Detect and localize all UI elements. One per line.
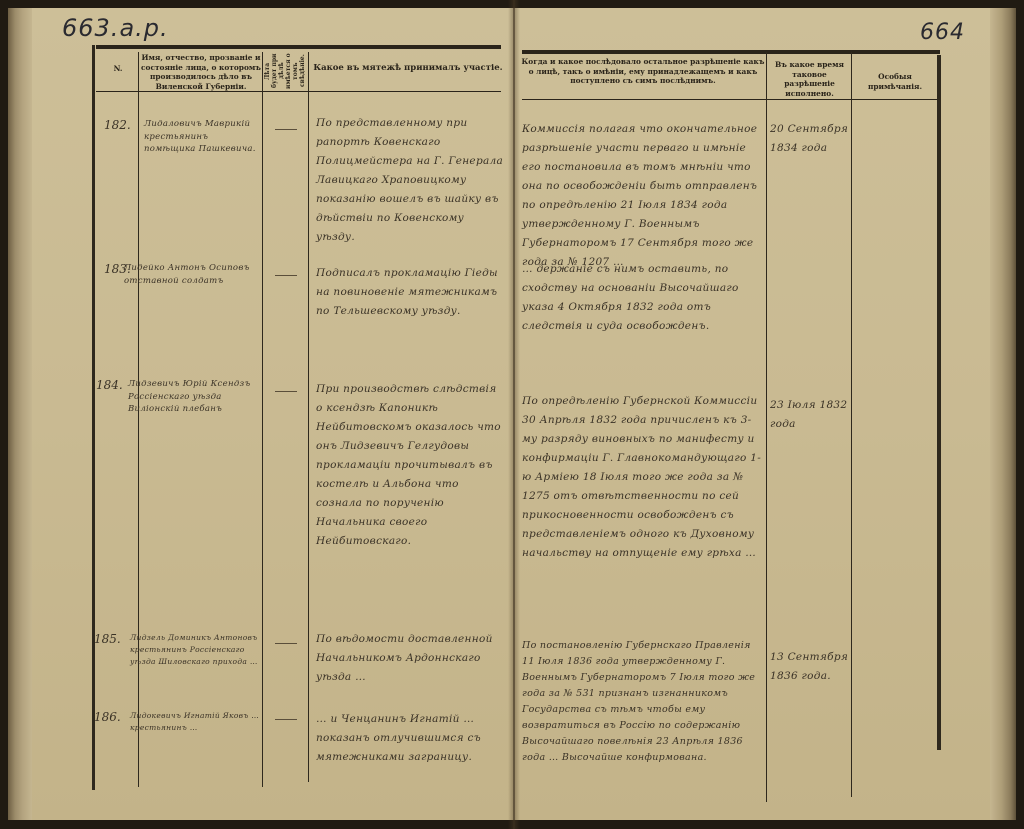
header-name: Имя, отчество, прозваніе и состояніе лиц… [140,53,262,91]
row-executed: 20 Сентября 1834 года [770,120,850,158]
header-participation: Какое въ мятежѣ принималъ участіе. [312,64,504,74]
header-bottom-rule-right [522,99,940,100]
col-rule-number [138,52,139,787]
row-resolution: По постановленію Губернскаго Правленія 1… [522,638,764,766]
row-number: 186. [94,710,121,724]
header-top-rule-right [522,50,940,54]
col-rule-executed [851,52,852,797]
header-notes: Особыя примѣчанія. [853,72,937,91]
row-participation: По представленному при рапортѣ Ковенскаг… [316,114,504,247]
row-resolution: По опредѣленію Губернской Коммиссіи 30 А… [522,392,764,563]
row-name: Лидокевичъ Игнатій Яковъ … крестьянинъ … [130,710,262,734]
col-rule-name [262,52,263,787]
col-rule-age [308,52,309,782]
book-spread: 663.a.p. 664 N. Имя, отчество, прозваніе… [0,0,1024,829]
row-age-dash [275,643,297,644]
header-top-rule-left [96,45,501,49]
row-name: Лидзевичъ Юрій Ксендзъ Россіенскаго уѣзд… [128,378,262,416]
right-border-rule [937,55,941,750]
header-number: N. [98,64,138,74]
row-participation: … и Ченцанинъ Игнатій … показанъ отлучив… [316,710,504,767]
col-rule-resolution [766,52,767,802]
row-number: 184. [96,378,123,392]
row-age-dash [275,391,297,392]
row-resolution: Коммиссія полагая что окончательное разр… [522,120,764,272]
row-age-dash [275,275,297,276]
row-participation: По вѣдомости доставленной Начальникомъ А… [316,630,504,687]
row-name: Лидаловичъ Маврикій крестьянинъ помѣщика… [144,118,262,156]
row-participation: Подписалъ прокламацію Гіеды на повиновен… [316,264,504,321]
row-age-dash [275,129,297,130]
row-resolution: … держаніе съ нимъ оставить, по сходству… [522,260,764,336]
row-executed: 13 Сентября 1836 года. [770,648,850,686]
row-number: 182. [104,118,131,132]
row-participation: При производствѣ слѣдствія о ксендзѣ Кап… [316,380,504,551]
header-age: Лѣта будет при дѣлѣ имѣется о томъ свѣдѣ… [264,53,306,89]
row-name: Лидзель Доминикъ Антоновъ крестьянинъ Ро… [130,632,262,668]
left-page-edge [8,8,32,820]
header-executed: Въ какое время таковое разрѣшеніе исполн… [768,60,851,98]
left-border-rule [92,45,95,790]
right-page-edge [990,8,1016,820]
header-resolution: Когда и какое послѣдовало остальное разр… [520,57,766,86]
row-executed: 23 Іюля 1832 года [770,396,850,434]
row-name: Лидейко Антонъ Осиповъ отставной солдатъ [124,262,262,287]
row-age-dash [275,719,297,720]
folio-number-left: 663.a.p. [62,14,169,42]
book-gutter [508,0,520,829]
row-number: 185. [94,632,121,646]
folio-number-right: 664 [920,20,965,45]
